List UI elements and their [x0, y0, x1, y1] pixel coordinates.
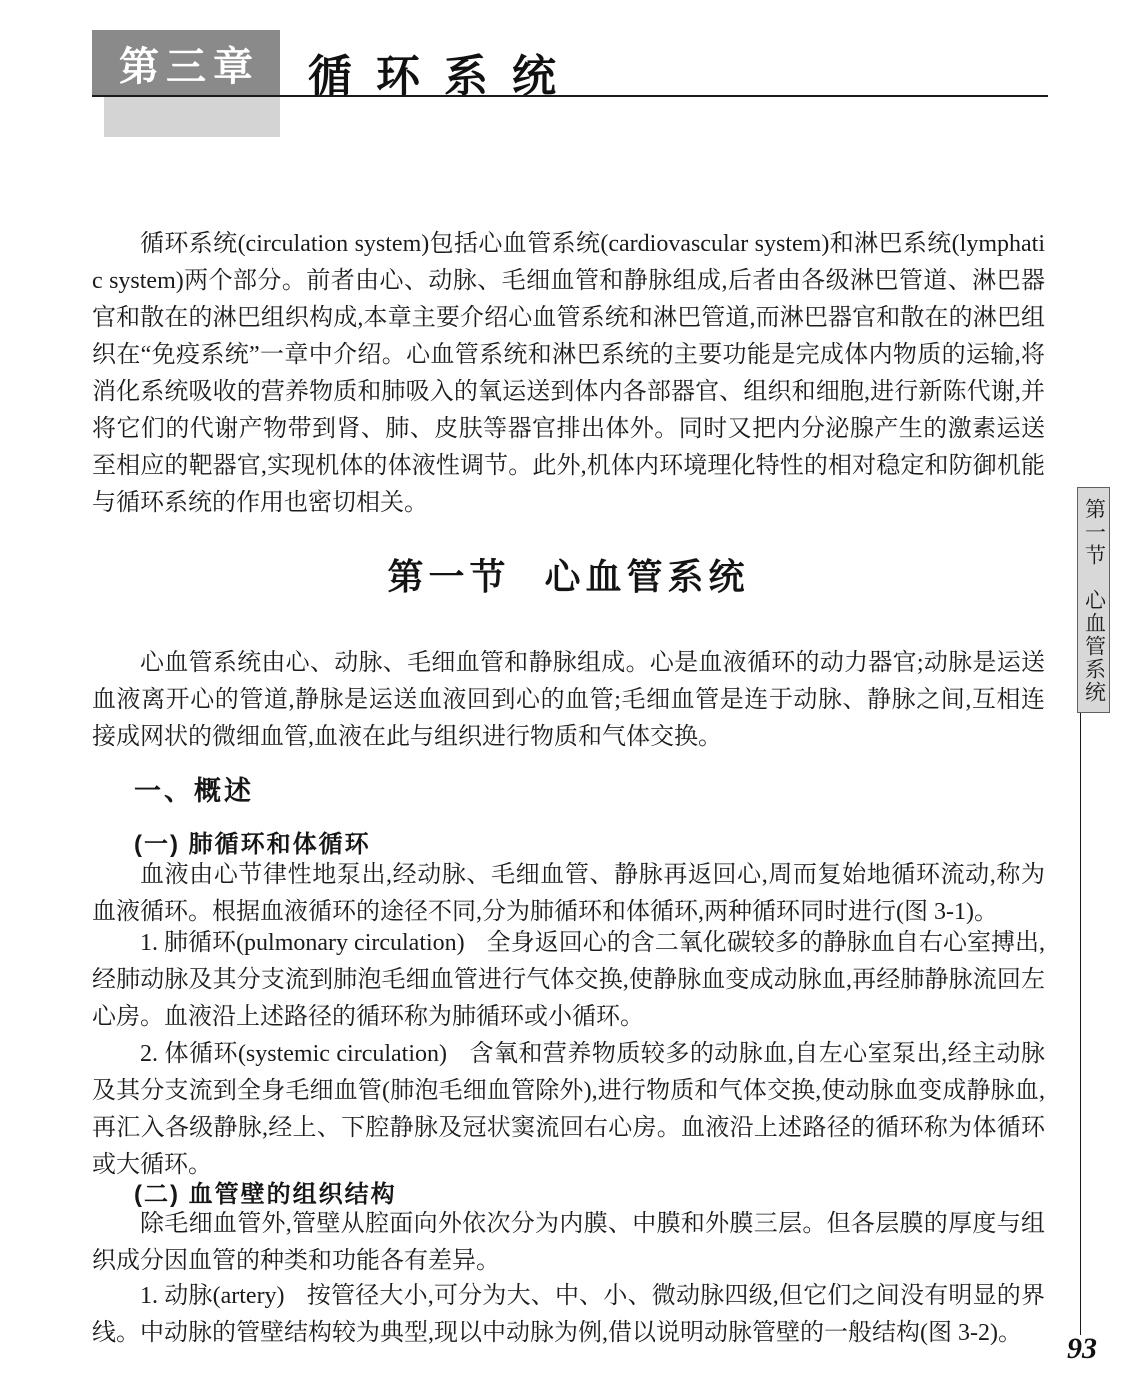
vessel-wall-paragraph: 除毛细血管外,管壁从腔面向外依次分为内膜、中膜和外膜三层。但各层膜的厚度与组织成…: [92, 1206, 1045, 1280]
item-term: 体循环: [164, 1041, 237, 1067]
item-latin: (artery): [213, 1283, 285, 1309]
item-artery: 1. 动脉(artery)按管径大小,可分为大、中、小、微动脉四级,但它们之间没…: [92, 1278, 1045, 1352]
item-term: 肺循环: [164, 930, 236, 956]
chapter-number-box: 第三章: [92, 30, 280, 96]
lead-paragraph: 心血管系统由心、动脉、毛细血管和静脉组成。心是血液循环的动力器官;动脉是运送血液…: [92, 645, 1045, 756]
margin-section-title: 心血管系统: [1083, 589, 1106, 704]
chapter-number-label: 第三章: [112, 35, 260, 92]
textbook-page: 第三章 循环系统 循环系统(circulation system)包括心血管系统…: [0, 0, 1135, 1391]
margin-section-label: 第一节: [1083, 498, 1106, 567]
item-systemic-circulation: 2. 体循环(systemic circulation)含氧和营养物质较多的动脉…: [92, 1036, 1045, 1184]
margin-vertical-rule: [1080, 713, 1081, 1335]
sub-heading-vessel-wall: (二) 血管壁的组织结构: [92, 1174, 1045, 1209]
section-heading-label: 第一节: [387, 557, 510, 597]
item-number: 1.: [140, 930, 158, 956]
item-number: 1.: [140, 1283, 158, 1309]
item-latin: (pulmonary circulation): [236, 930, 465, 956]
margin-section-tab: 第一节心血管系统: [1077, 487, 1110, 713]
intro-paragraph: 循环系统(circulation system)包括心血管系统(cardiova…: [92, 226, 1045, 522]
item-latin: (systemic circulation): [238, 1041, 447, 1067]
item-term: 动脉: [164, 1283, 212, 1309]
sub-heading-pulmonary-systemic: (一) 肺循环和体循环: [92, 824, 1045, 859]
page-number: 93: [1056, 1332, 1108, 1366]
circulation-paragraph: 血液由心节律性地泵出,经动脉、毛细血管、静脉再返回心,周而复始地循环流动,称为血…: [92, 857, 1045, 931]
header-shadow-box: [104, 97, 280, 137]
item-number: 2.: [140, 1041, 158, 1067]
margin-tab-gap: [1093, 567, 1094, 589]
item-pulmonary-circulation: 1. 肺循环(pulmonary circulation)全身返回心的含二氧化碳…: [92, 925, 1045, 1036]
margin-section-tab-text: 第一节心血管系统: [1079, 498, 1109, 712]
section-heading: 第一节心血管系统: [92, 549, 1045, 600]
section-heading-title: 心血管系统: [545, 557, 750, 597]
overview-heading: 一、概述: [92, 769, 1045, 808]
